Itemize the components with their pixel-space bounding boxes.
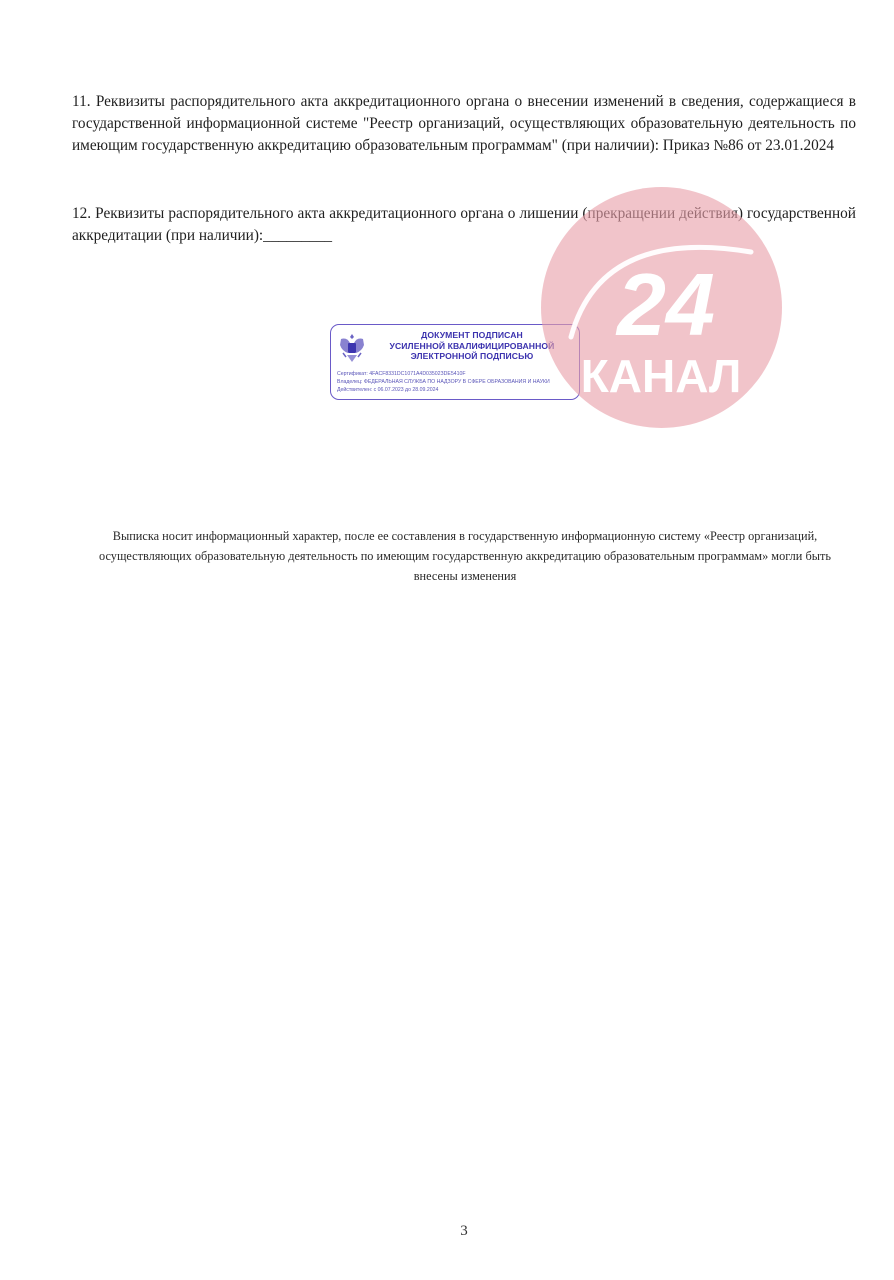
page-number: 3	[0, 1223, 894, 1240]
stamp-details: Сертификат: 4FACF8331DC1071A4D03502ЗDE54…	[337, 370, 575, 394]
item-12-text: 12. Реквизиты распорядительного акта акк…	[72, 203, 856, 247]
stamp-title-line-2: УСИЛЕННОЙ КВАЛИФИЦИРОВАННОЙ	[371, 341, 573, 352]
disclaimer-note: Выписка носит информационный характер, п…	[80, 526, 850, 586]
watermark-number: 24	[615, 255, 715, 354]
stamp-validity: Действителен: с 06.07.2023 до 28.09.2024	[337, 386, 575, 394]
electronic-signature-stamp: ДОКУМЕНТ ПОДПИСАН УСИЛЕННОЙ КВАЛИФИЦИРОВ…	[330, 324, 580, 400]
watermark-swoosh	[571, 247, 751, 337]
stamp-owner: Владелец: ФЕДЕРАЛЬНАЯ СЛУЖБА ПО НАДЗОРУ …	[337, 378, 575, 386]
stamp-title-line-3: ЭЛЕКТРОННОЙ ПОДПИСЬЮ	[371, 351, 573, 362]
item-11-text: 11. Реквизиты распорядительного акта акк…	[72, 91, 856, 157]
watermark-label: КАНАЛ	[581, 350, 742, 402]
stamp-title-line-1: ДОКУМЕНТ ПОДПИСАН	[371, 330, 573, 341]
coat-of-arms-icon	[337, 331, 367, 365]
stamp-certificate: Сертификат: 4FACF8331DC1071A4D03502ЗDE54…	[337, 370, 575, 378]
stamp-title: ДОКУМЕНТ ПОДПИСАН УСИЛЕННОЙ КВАЛИФИЦИРОВ…	[371, 330, 573, 362]
